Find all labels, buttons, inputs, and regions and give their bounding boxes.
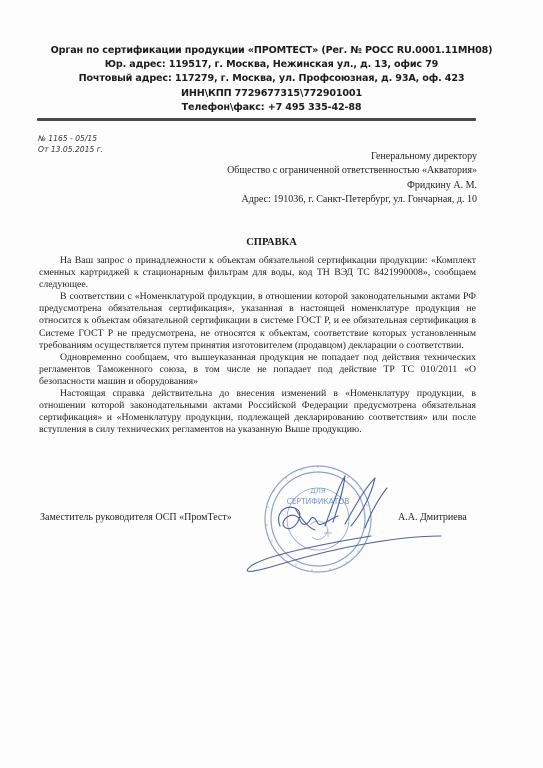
addressee-position: Генеральному директору <box>227 150 477 164</box>
signature-icon <box>205 468 445 578</box>
addressee-address: Адрес: 191036, г. Санкт-Петербург, ул. Г… <box>227 193 477 207</box>
letterhead: Орган по сертификации продукции «ПРОМТЕС… <box>0 44 543 115</box>
inn-kpp: ИНН\КПП 7729677315\772901001 <box>0 87 543 101</box>
phone-fax: Телефон\факс: +7 495 335-42-88 <box>0 101 543 115</box>
addressee-block: Генеральному директору Общество с ограни… <box>227 150 477 207</box>
legal-address: Юр. адрес: 119517, г. Москва, Нежинская … <box>0 58 543 72</box>
reference-date: От 13.05.2015 г. <box>38 144 103 155</box>
letterhead-divider <box>37 118 476 121</box>
document-body: На Ваш запрос о принадлежности к объекта… <box>39 255 476 436</box>
document-page: Орган по сертификации продукции «ПРОМТЕС… <box>0 0 543 768</box>
organization-name: Орган по сертификации продукции «ПРОМТЕС… <box>0 44 543 58</box>
signer-role: Заместитель руководителя ОСП «ПромТест» <box>40 512 232 523</box>
addressee-company: Общество с ограниченной ответственностью… <box>227 164 477 178</box>
paragraph-nomenclature: В соответствии с «Номенклатурой продукци… <box>39 291 476 351</box>
paragraph-request: На Ваш запрос о принадлежности к объекта… <box>39 255 476 291</box>
reference-number: № 1165 - 05/15 <box>38 133 103 144</box>
paragraph-customs-union: Одновременно сообщаем, что вышеуказанная… <box>39 352 476 388</box>
addressee-name: Фридкину А. М. <box>227 179 477 193</box>
reference-block: № 1165 - 05/15 От 13.05.2015 г. <box>38 133 103 156</box>
paragraph-validity: Настоящая справка действительна до внесе… <box>39 388 476 436</box>
signer-name: А.А. Дмитриева <box>398 512 467 523</box>
postal-address: Почтовый адрес: 117279, г. Москва, ул. П… <box>0 72 543 86</box>
document-title: СПРАВКА <box>0 237 543 248</box>
